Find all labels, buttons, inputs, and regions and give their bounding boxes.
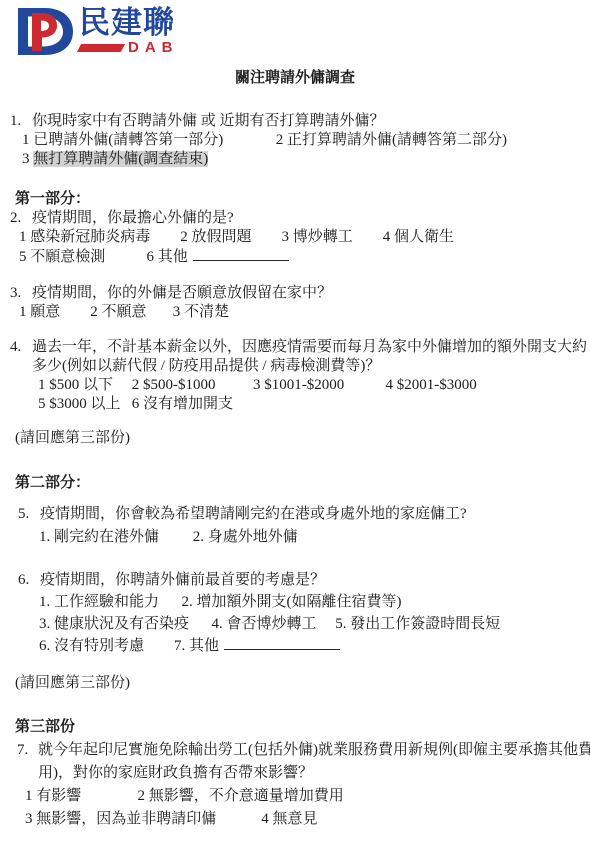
logo-text-block: 民建聯 DAB <box>79 7 179 55</box>
question-5-text-line: 5. 疫情期間，你會較為希望聘請剛完約在港或身處外地的家庭傭工? <box>18 503 590 526</box>
question-3-options-line-1: 1 願意 2 不願意 3 不清楚 <box>19 303 590 322</box>
question-2-number: 2. <box>10 209 32 228</box>
question-2-text-line: 2. 疫情期間，你最擔心外傭的是? <box>10 209 590 228</box>
question-4-text: 過去一年，不計基本薪金以外，因應疫情需要而每月為家中外傭增加的額外開支大約 多少… <box>32 338 590 376</box>
section-heading-part3: 第三部份 <box>15 718 590 737</box>
question-6-options-line-1: 1. 工作經驗和能力 2. 增加額外開支(如隔離住宿費等) <box>39 591 590 613</box>
section-heading-part2: 第二部分： <box>15 474 590 493</box>
question-6-number: 6. <box>18 569 40 591</box>
dab-logo-icon <box>14 7 76 57</box>
question-2-options-line-1: 1 感染新冠肺炎病毒 2 放假問題 3 博炒轉工 4 個人衛生 <box>19 228 590 247</box>
question-1: 1. 你現時家中有否聘請外傭 或 近期有否打算聘請外傭？ 1 已聘請外傭(請轉答… <box>10 112 590 169</box>
dab-logo: 民建聯 DAB <box>14 7 179 57</box>
question-1-option-3-number: 3 <box>22 151 33 167</box>
question-7-text-line-1: 就今年起印尼實施免除輸出勞工(包括外傭)就業服務費用新規例(即僱主要承擔其他費 <box>38 739 590 762</box>
question-5-text: 疫情期間，你會較為希望聘請剛完約在港或身處外地的家庭傭工? <box>40 503 590 526</box>
question-7-number: 7. <box>17 739 38 785</box>
question-4-options-line-2: 5 $3000 以上 6 沒有增加開支 <box>38 395 590 414</box>
question-1-text-line: 1. 你現時家中有否聘請外傭 或 近期有否打算聘請外傭？ <box>10 112 590 131</box>
question-2-text: 疫情期間，你最擔心外傭的是? <box>32 209 590 228</box>
question-7-text-line-2: 用)，對你的家庭財政負擔有否帶來影響？ <box>38 762 590 785</box>
question-1-options-line-2: 3 無打算聘請外傭(調查結束) <box>22 150 590 169</box>
question-3-number: 3. <box>10 284 32 303</box>
question-5-number: 5. <box>18 503 40 526</box>
question-4-number: 4. <box>10 338 32 376</box>
question-4-text-line-2: 多少(例如以薪代假 / 防疫用品提供 / 病毒檢測費等)？ <box>32 357 590 376</box>
question-3-text: 疫情期間，你的外傭是否願意放假留在家中？ <box>32 284 590 303</box>
question-2-options-line-2: 5 不願意檢測 6 其他 <box>19 247 590 267</box>
question-3-text-line: 3. 疫情期間，你的外傭是否願意放假留在家中？ <box>10 284 590 303</box>
question-6: 6. 疫情期間，你聘請外傭前最首要的考慮是？ 1. 工作經驗和能力 2. 增加額… <box>18 569 590 657</box>
question-2-options-line-2-text: 5 不願意檢測 6 其他 <box>19 249 188 265</box>
question-1-options-line-1: 1 已聘請外傭(請轉答第一部分) 2 正打算聘請外傭(請轉答第二部分) <box>22 131 590 150</box>
section-heading-part1: 第一部分： <box>15 190 590 209</box>
question-1-option-3-highlighted: 無打算聘請外傭(調查結束) <box>33 151 208 167</box>
question-5: 5. 疫情期間，你會較為希望聘請剛完約在港或身處外地的家庭傭工? 1. 剛完約在… <box>18 503 590 549</box>
question-3: 3. 疫情期間，你的外傭是否願意放假留在家中？ 1 願意 2 不願意 3 不清楚 <box>10 284 590 322</box>
logo-red-stripe <box>77 44 125 52</box>
question-6-text-line: 6. 疫情期間，你聘請外傭前最首要的考慮是？ <box>18 569 590 591</box>
note-go-part3-first: (請回應第三部份) <box>15 429 590 448</box>
question-4-text-line: 4. 過去一年，不計基本薪金以外，因應疫情需要而每月為家中外傭增加的額外開支大約… <box>10 338 590 376</box>
question-4: 4. 過去一年，不計基本薪金以外，因應疫情需要而每月為家中外傭增加的額外開支大約… <box>10 338 590 414</box>
question-6-options-line-3-text: 6. 沒有特別考慮 7. 其他 <box>39 638 219 654</box>
question-5-options-line-1: 1. 剛完約在港外傭 2. 身處外地外傭 <box>39 526 590 549</box>
survey-document: 民建聯 DAB 關注聘請外傭調查 1. 你現時家中有否聘請外傭 或 近期有否打算… <box>0 0 590 848</box>
question-7-options-line-1: 1 有影響 2 無影響，不介意適量增加費用 <box>25 785 590 808</box>
question-1-text: 你現時家中有否聘請外傭 或 近期有否打算聘請外傭？ <box>32 112 590 131</box>
question-7-text: 就今年起印尼實施免除輸出勞工(包括外傭)就業服務費用新規例(即僱主要承擔其他費 … <box>38 739 590 785</box>
question-6-options-line-3: 6. 沒有特別考慮 7. 其他 <box>39 635 590 657</box>
logo-name-chinese: 民建聯 <box>79 5 175 40</box>
question-1-number: 1. <box>10 112 32 131</box>
question-4-text-line-1: 過去一年，不計基本薪金以外，因應疫情需要而每月為家中外傭增加的額外開支大約 <box>32 338 590 357</box>
logo-name-english: DAB <box>128 40 179 55</box>
answer-blank-other-q6 <box>224 636 340 650</box>
question-7: 7. 就今年起印尼實施免除輸出勞工(包括外傭)就業服務費用新規例(即僱主要承擔其… <box>17 739 590 831</box>
question-4-options-line-1: 1 $500 以下 2 $500-$1000 3 $1001-$2000 4 $… <box>38 376 590 395</box>
question-7-options-line-2: 3 無影響，因為並非聘請印傭 4 無意見 <box>25 808 590 831</box>
question-2: 2. 疫情期間，你最擔心外傭的是? 1 感染新冠肺炎病毒 2 放假問題 3 博炒… <box>10 209 590 267</box>
question-6-text: 疫情期間，你聘請外傭前最首要的考慮是？ <box>40 569 590 591</box>
note-go-part3-second: (請回應第三部份) <box>15 674 590 693</box>
question-7-text-line: 7. 就今年起印尼實施免除輸出勞工(包括外傭)就業服務費用新規例(即僱主要承擔其… <box>17 739 590 785</box>
answer-blank-other-q2 <box>193 247 289 261</box>
question-6-options-line-2: 3. 健康狀況及有否染疫 4. 會否博炒轉工 5. 發出工作簽證時間長短 <box>39 613 590 635</box>
logo-second-row: DAB <box>79 40 179 55</box>
